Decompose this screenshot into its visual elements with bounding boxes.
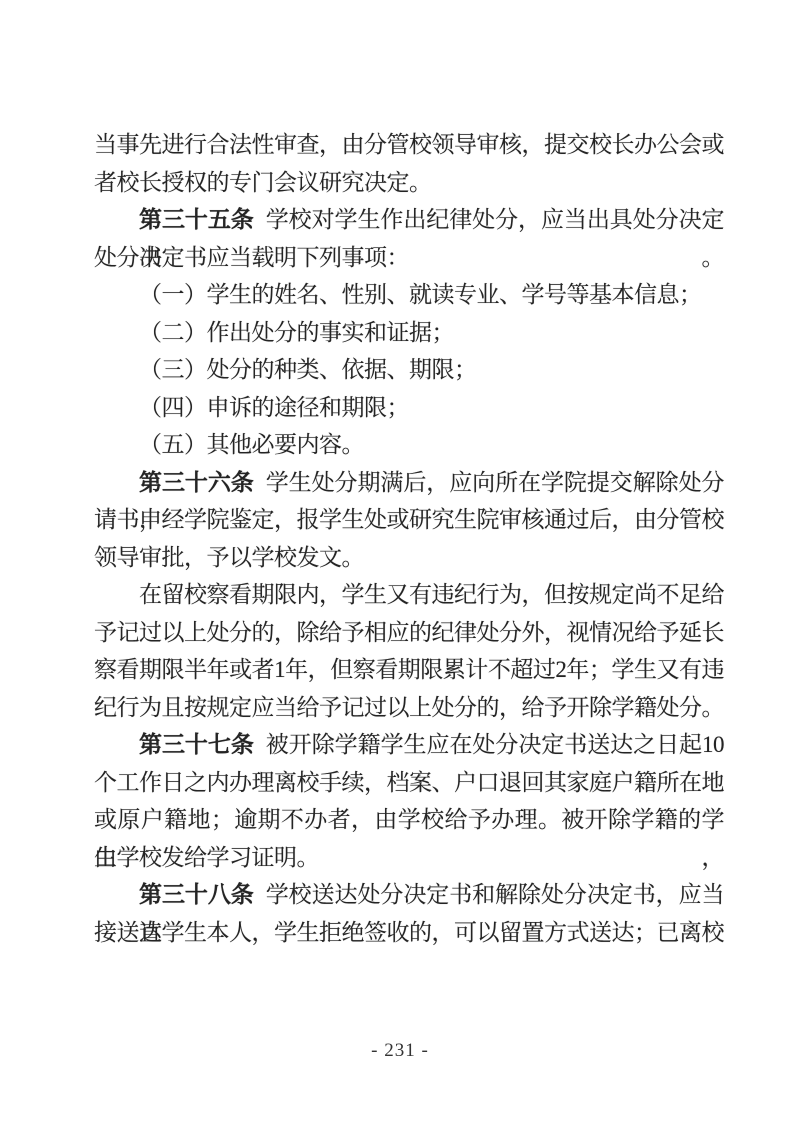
line-text: 予记过以上处分的，除给予相应的纪律处分外，视情况给予延长 <box>94 620 724 645</box>
text-line: 予记过以上处分的，除给予相应的纪律处分外，视情况给予延长 <box>94 614 724 652</box>
document-text: 当事先进行合法性审查，由分管校领导审核，提交校长办公会或者校长授权的专门会议研究… <box>94 126 724 951</box>
text-line: 第三十七条被开除学籍学生应在处分决定书送达之日起10 <box>94 726 724 764</box>
line-text: 处分决定书应当载明下列事项： <box>94 245 409 270</box>
line-text: 在留校察看期限内，学生又有违纪行为，但按规定尚不足给 <box>139 582 724 607</box>
text-line: （一）学生的姓名、性别、就读专业、学号等基本信息； <box>94 276 724 314</box>
line-text: 接送达学生本人，学生拒绝签收的，可以留置方式送达；已离校 <box>94 920 724 945</box>
text-line: 请书，经学院鉴定，报学生处或研究生院审核通过后，由分管校 <box>94 501 724 539</box>
article-number: 第三十六条 <box>139 470 254 495</box>
line-text: 领导审批，予以学校发文。 <box>94 545 364 570</box>
line-text: （一）学生的姓名、性别、就读专业、学号等基本信息； <box>139 282 702 307</box>
line-text: （二）作出处分的事实和证据； <box>139 320 454 345</box>
text-line: 在留校察看期限内，学生又有违纪行为，但按规定尚不足给 <box>94 576 724 614</box>
line-text: 当事先进行合法性审查，由分管校领导审核，提交校长办公会或 <box>94 132 724 157</box>
text-line: （五）其他必要内容。 <box>94 426 724 464</box>
text-line: （二）作出处分的事实和证据； <box>94 314 724 352</box>
text-line: 接送达学生本人，学生拒绝签收的，可以留置方式送达；已离校 <box>94 914 724 952</box>
text-line: 纪行为且按规定应当给予记过以上处分的，给予开除学籍处分。 <box>94 689 724 727</box>
text-line: 第三十六条学生处分期满后，应向所在学院提交解除处分申 <box>94 464 724 502</box>
article-number: 第三十七条 <box>139 732 254 757</box>
line-text: （四）申诉的途径和期限； <box>139 395 409 420</box>
page-number: - 231 - <box>0 1040 800 1062</box>
text-line: 第三十五条学校对学生作出纪律处分，应当出具处分决定书。 <box>94 201 724 239</box>
text-line: 个工作日之内办理离校手续，档案、户口退回其家庭户籍所在地 <box>94 764 724 802</box>
text-line: 察看期限半年或者1年，但察看期限累计不超过2年；学生又有违 <box>94 651 724 689</box>
line-text: 由学校发给学习证明。 <box>94 845 319 870</box>
text-line: 者校长授权的专门会议研究决定。 <box>94 164 724 202</box>
line-text: 请书，经学院鉴定，报学生处或研究生院审核通过后，由分管校 <box>94 507 724 532</box>
line-text: （五）其他必要内容。 <box>139 432 364 457</box>
text-line: （四）申诉的途径和期限； <box>94 389 724 427</box>
text-line: 当事先进行合法性审查，由分管校领导审核，提交校长办公会或 <box>94 126 724 164</box>
article-number: 第三十八条 <box>139 882 254 907</box>
line-text: 个工作日之内办理离校手续，档案、户口退回其家庭户籍所在地 <box>94 770 724 795</box>
line-text: 纪行为且按规定应当给予记过以上处分的，给予开除学籍处分。 <box>94 695 724 720</box>
article-number: 第三十五条 <box>139 207 254 232</box>
line-text: 察看期限半年或者1年，但察看期限累计不超过2年；学生又有违 <box>94 657 724 682</box>
text-line: 第三十八条学校送达处分决定书和解除处分决定书，应当直 <box>94 876 724 914</box>
document-page: 当事先进行合法性审查，由分管校领导审核，提交校长办公会或者校长授权的专门会议研究… <box>0 0 800 1131</box>
text-line: （三）处分的种类、依据、期限； <box>94 351 724 389</box>
line-text: 被开除学籍学生应在处分决定书送达之日起10 <box>266 732 724 757</box>
line-text: 者校长授权的专门会议研究决定。 <box>94 170 432 195</box>
text-line: 或原户籍地；逾期不办者，由学校给予办理。被开除学籍的学生， <box>94 801 724 839</box>
text-line: 领导审批，予以学校发文。 <box>94 539 724 577</box>
line-text: （三）处分的种类、依据、期限； <box>139 357 477 382</box>
